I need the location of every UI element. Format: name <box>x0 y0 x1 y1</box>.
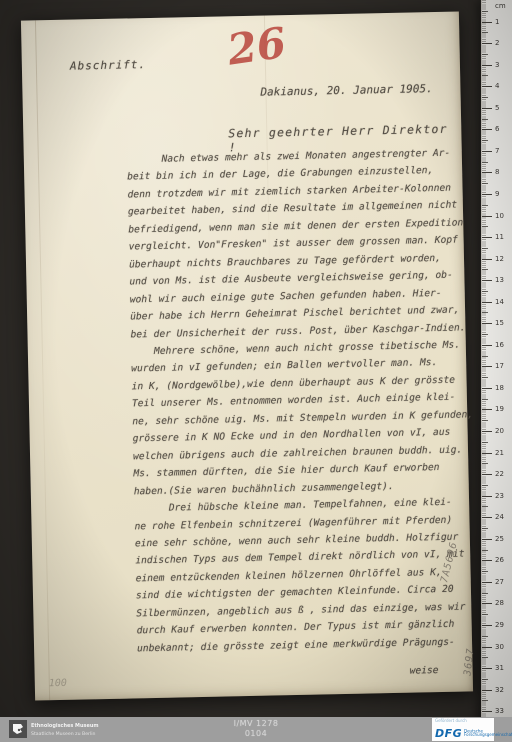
funder-prefix: Gefördert durch <box>435 719 463 723</box>
pencil-annotation: 100 <box>49 678 67 689</box>
ruler: cm12345678910111213141516171819202122232… <box>481 0 512 742</box>
letter-body: Nach etwas mehr als zwei Monaten angestr… <box>127 144 473 657</box>
footer-bar: Ethnologisches Museum Staatliche Museen … <box>0 717 512 742</box>
letter-paragraph: Nach etwas mehr als zwei Monaten angestr… <box>127 144 466 343</box>
dateline: Dakianus, 20. Januar 1905. <box>260 82 432 99</box>
letter-paragraph: Mehrere schöne, wenn auch nicht grosse t… <box>131 336 469 500</box>
document-page: Abschrift. 26 Dakianus, 20. Januar 1905.… <box>21 11 473 700</box>
catchword: weise <box>410 665 439 677</box>
copy-label: Abschrift. <box>70 58 146 73</box>
ruler-mm-ticks <box>482 0 486 742</box>
dfg-logo-text: DFG <box>435 728 462 739</box>
funder-logo: Gefördert durch DFG Deutsche Forschungsg… <box>432 718 494 741</box>
pencil-annotation: 3697 <box>462 647 476 676</box>
handwritten-folio-number: 26 <box>224 18 289 75</box>
funder-name: Deutsche Forschungsgemeinschaft <box>464 730 512 737</box>
letter-paragraph: Drei hübsche kleine man. Tempelfahnen, e… <box>134 493 472 657</box>
paper-crease <box>35 20 50 700</box>
scan-background: Abschrift. 26 Dakianus, 20. Januar 1905.… <box>0 0 512 742</box>
